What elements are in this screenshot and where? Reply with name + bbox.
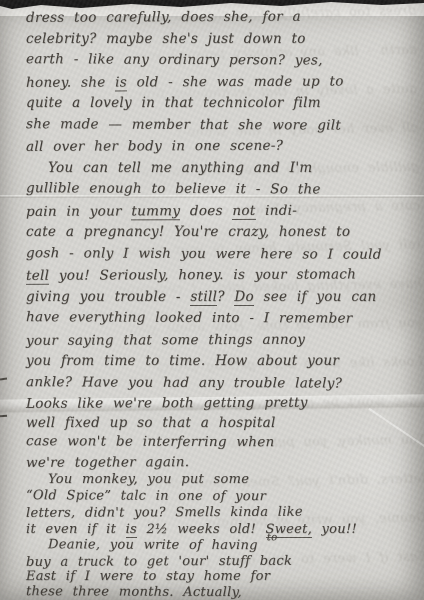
underlined-word: tell	[26, 268, 49, 285]
text-segment: indi-	[255, 202, 297, 218]
text-segment: “Old Spice” talc in one of your	[26, 488, 266, 504]
text-segment: does	[180, 202, 232, 218]
handwritten-line: pain in your tummy does not indi-	[26, 200, 420, 223]
handwritten-line: cate a pregnancy! You're crazy, honest t…	[26, 222, 420, 244]
handwritten-line: “Old Spice” talc in one of your	[26, 488, 420, 506]
text-segment: You monkey, you put some	[48, 472, 249, 487]
handwritten-line: buy a truck to get 'our' stuff back	[26, 553, 420, 570]
text-segment: you!!	[312, 522, 357, 537]
handwritten-line: letters, didn't you? Smells kinda like	[26, 504, 420, 522]
text-segment: earth - like any ordinary person? yes,	[26, 51, 323, 68]
text-segment: old - she was made up to	[127, 73, 344, 90]
handwritten-line: Deanie, you write of havingto	[26, 537, 420, 554]
handwritten-line: You can tell me anything and I'm	[26, 158, 420, 180]
text-segment: you! Seriously, honey. is your stomach	[49, 266, 356, 283]
text-segment: these three months. Actually,	[26, 584, 242, 600]
text-segment: cate a pregnancy! You're crazy, honest t…	[26, 224, 350, 240]
text-segment: well fixed up so that a hospital	[26, 415, 276, 431]
text-segment: dress too carefully, does she, for a	[26, 9, 301, 26]
text-segment: celebrity? maybe she's just down to	[26, 31, 306, 47]
text-segment: gullible enough to believe it - So the	[26, 180, 321, 197]
underlined-word: tummy	[131, 203, 180, 220]
handwritten-line: gullible enough to believe it - So the	[26, 178, 420, 201]
text-segment: have everything looked into - I remember	[26, 309, 353, 326]
handwritten-line: all over her body in one scene-?	[26, 135, 420, 158]
underlined-word: is	[126, 522, 137, 538]
margin-mark	[0, 378, 7, 381]
handwritten-line: she made — member that she wore gilt	[26, 114, 420, 137]
text-segment: case won't be interferring when	[26, 433, 275, 450]
handwritten-line: ankle? Have you had any trouble lately?	[26, 372, 420, 395]
handwritten-line: well fixed up so that a hospital	[26, 414, 420, 434]
text-segment: gosh - only I wish you were here so I co…	[26, 245, 382, 263]
handwritten-line: have everything looked into - I remember	[26, 307, 420, 330]
handwritten-line: Looks like we're both getting pretty	[26, 393, 420, 414]
text-segment: all over her body in one scene-?	[26, 138, 283, 155]
text-segment: she made — member that she wore gilt	[26, 116, 341, 133]
text-segment: 2½ weeks old!	[137, 522, 266, 537]
underlined-word: still	[190, 289, 217, 306]
text-segment: ankle? Have you had any trouble lately?	[26, 374, 342, 391]
text-segment: quite a lovely in that technicolor film	[26, 95, 321, 111]
text-segment: see if you can	[254, 289, 377, 305]
handwritten-line: tell you! Seriously, honey. is your stom…	[26, 264, 420, 287]
underlined-word: not	[232, 202, 255, 219]
text-segment: giving you trouble -	[26, 289, 190, 305]
margin-mark	[0, 415, 7, 418]
handwritten-line: celebrity? maybe she's just down to	[26, 29, 420, 51]
handwritten-line: You monkey, you put some	[26, 472, 420, 489]
underlined-word: is	[115, 74, 127, 91]
handwritten-line: it even if it is 2½ weeks old! Sweet, yo…	[26, 522, 420, 539]
text-segment: Deanie, you write of having	[48, 537, 258, 553]
text-segment: we're together again.	[26, 454, 189, 471]
text-segment: your saying that some things annoy	[26, 331, 305, 348]
text-segment: honey. she	[26, 74, 115, 90]
handwritten-line: honey. she is old - she was made up to	[26, 71, 420, 94]
handwritten-line: dress too carefully, does she, for a	[26, 6, 420, 29]
inserted-word: to	[267, 532, 278, 543]
letter-page: dress too carefully, does she, for aeart…	[0, 0, 424, 600]
text-segment: East if I were to stay home for	[26, 569, 270, 584]
handwritten-line: your saying that some things annoy	[26, 329, 420, 352]
handwritten-line: these three months. Actually,	[26, 584, 420, 600]
handwritten-line: you from time to time. How about your	[26, 351, 420, 373]
handwritten-line: giving you trouble - still? Do see if yo…	[26, 287, 420, 309]
text-segment: You can tell me anything and I'm	[48, 160, 312, 176]
text-segment: Looks like we're both getting pretty	[26, 395, 308, 412]
handwritten-line: gosh - only I wish you were here so I co…	[26, 243, 420, 266]
letter-body: dress too carefully, does she, for acele…	[26, 7, 420, 600]
handwritten-line: earth - like any ordinary person? yes,	[26, 49, 420, 72]
handwritten-line: East if I were to stay home for	[26, 569, 420, 585]
text-segment: buy a truck to get 'our' stuff back	[26, 553, 292, 569]
handwritten-line: we're together again.	[26, 452, 420, 473]
handwritten-line: case won't be interferring when	[26, 432, 420, 453]
text-segment: pain in your	[26, 203, 131, 219]
handwritten-line: quite a lovely in that technicolor film	[26, 93, 420, 115]
text-segment: it even if it	[26, 522, 126, 537]
text-segment: you from time to time. How about your	[26, 353, 339, 369]
underlined-word: Do	[234, 289, 254, 306]
text-segment: ?	[217, 289, 234, 305]
text-segment: letters, didn't you? Smells kinda like	[26, 505, 303, 521]
